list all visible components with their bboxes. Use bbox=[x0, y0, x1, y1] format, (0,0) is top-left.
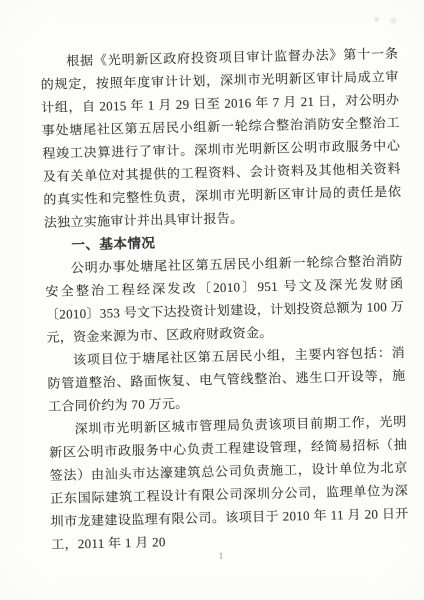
scan-smudge-artifact bbox=[368, 12, 402, 28]
paragraph-responsible-units: 深圳市光明新区城市管理局负责该项目前期工作，光明新区公明市政服务中心负责工程建设… bbox=[48, 410, 409, 556]
document-content: 根据《光明新区政府投资项目审计监督办法》第十一条的规定，按照年度审计计划，深圳市… bbox=[40, 42, 409, 556]
scanned-document-page: 根据《光明新区政府投资项目审计监督办法》第十一条的规定，按照年度审计计划，深圳市… bbox=[0, 0, 424, 600]
paragraph-project-scope: 该项目位于塘尾社区第五居民小组，主要内容包括：消防管道整治、路面恢复、电气管线整… bbox=[47, 341, 406, 418]
intro-paragraph: 根据《光明新区政府投资项目审计监督办法》第十一条的规定，按照年度审计计划，深圳市… bbox=[40, 42, 402, 234]
paragraph-investment-plan: 公明办事处塘尾社区第五居民小组新一轮综合整治消防安全整治工程经深发改〔2010〕… bbox=[45, 249, 405, 349]
